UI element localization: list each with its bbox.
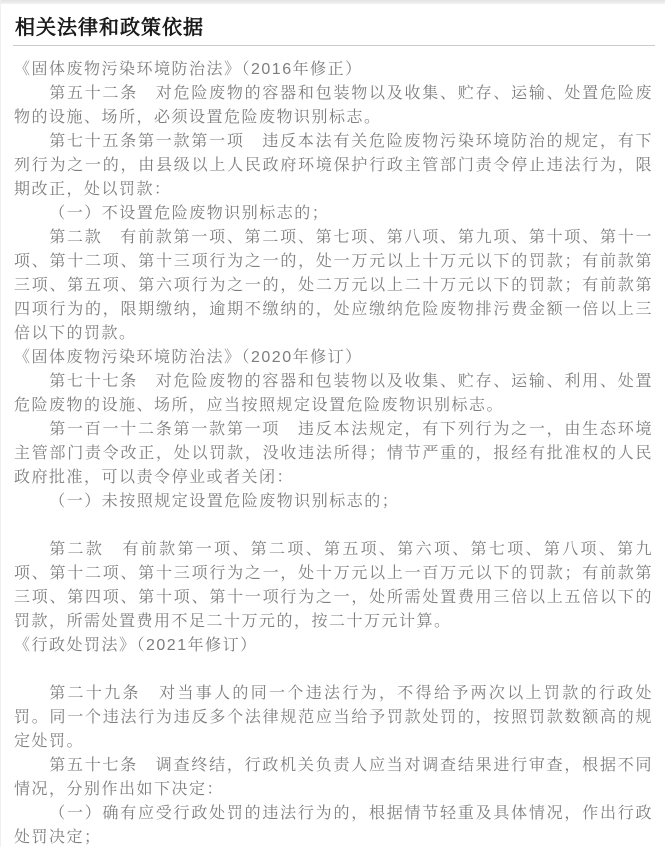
law-title: 《固体废物污染环境防治法》（2020年修订） [14, 346, 653, 370]
paragraph: （一）不设置危险废物识别标志的； [14, 202, 653, 226]
paragraph: （一）确有应受行政处罚的违法行为的，根据情节轻重及具体情况，作出行政处罚决定； [14, 802, 653, 847]
paragraph: 第七十七条 对危险废物的容器和包装物以及收集、贮存、运输、利用、处置危险废物的设… [14, 370, 653, 418]
paragraph: 第七十五条第一款第一项 违反本法有关危险废物污染环境防治的规定，有下列行为之一的… [14, 130, 653, 202]
paragraph: （一）未按照规定设置危险废物识别标志的； [14, 490, 653, 514]
paragraph: 第五十七条 调查终结，行政机关负责人应当对调查结果进行审查，根据不同情况，分别作… [14, 754, 653, 802]
paragraph: 第二款 有前款第一项、第二项、第五项、第六项、第七项、第八项、第九项、第十二项、… [14, 538, 653, 634]
paragraph: 第一百一十二条第一款第一项 违反本法规定，有下列行为之一，由生态环境主管部门责令… [14, 418, 653, 490]
paragraph: 第五十二条 对危险废物的容器和包装物以及收集、贮存、运输、处置危险废物的设施、场… [14, 82, 653, 130]
top-edge-band [1, 0, 665, 4]
page-title: 相关法律和政策依据 [15, 17, 651, 39]
law-title: 《行政处罚法》（2021年修订） [14, 634, 653, 658]
document-body: 《固体废物污染环境防治法》（2016年修正）第五十二条 对危险废物的容器和包装物… [1, 46, 665, 847]
paragraph: 第二款 有前款第一项、第二项、第七项、第八项、第九项、第十项、第十一项、第十二项… [14, 226, 653, 346]
law-title: 《固体废物污染环境防治法》（2016年修正） [14, 58, 653, 82]
paragraph: 第二十九条 对当事人的同一个违法行为，不得给予两次以上罚款的行政处罚。同一个违法… [14, 682, 653, 754]
legal-reference-page: 相关法律和政策依据 《固体废物污染环境防治法》（2016年修正）第五十二条 对危… [0, 0, 665, 847]
